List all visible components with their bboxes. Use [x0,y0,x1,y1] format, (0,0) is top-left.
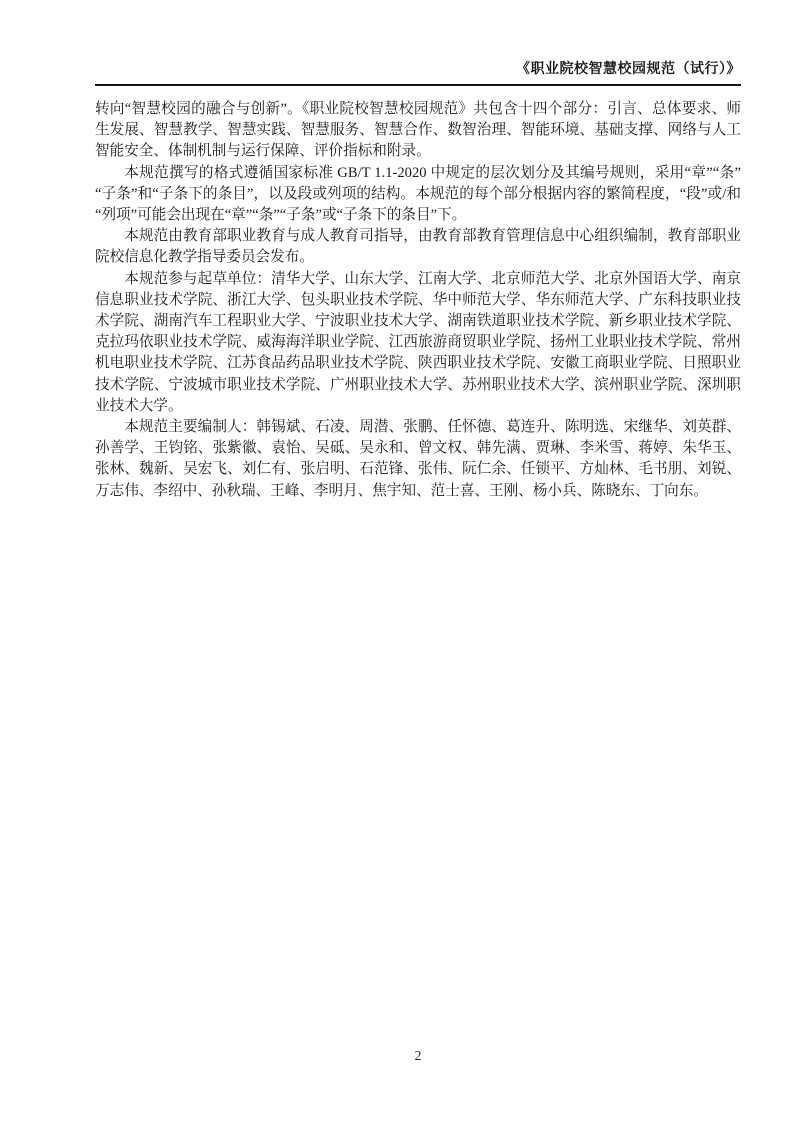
body-paragraph-drafting-units: 本规范参与起草单位：清华大学、山东大学、江南大学、北京师范大学、北京外国语大学、… [95,269,741,417]
body-paragraph-continuation: 转向“智慧校园的融合与创新”。《职业院校智慧校园规范》共包含十四个部分：引言、总… [95,99,741,163]
document-page: 《职业院校智慧校园规范（试行）》 转向“智慧校园的融合与创新”。《职业院校智慧校… [0,0,800,1131]
body-paragraph-format-rules: 本规范撰写的格式遵循国家标准 GB/T 1.1-2020 中规定的层次划分及其编… [95,163,741,227]
document-body: 转向“智慧校园的融合与创新”。《职业院校智慧校园规范》共包含十四个部分：引言、总… [95,99,741,502]
body-paragraph-issuing-bodies: 本规范由教育部职业教育与成人教育司指导，由教育部教育管理信息中心组织编制，教育部… [95,226,741,268]
page-number: 2 [415,1048,422,1063]
page-footer: 2 [95,1048,741,1064]
body-paragraph-main-drafters: 本规范主要编制人：韩锡斌、石凌、周潜、张鹏、任怀德、葛连升、陈明选、宋继华、刘英… [95,417,741,502]
page-header: 《职业院校智慧校园规范（试行）》 [95,0,741,86]
header-title: 《职业院校智慧校园规范（试行）》 [516,62,741,77]
